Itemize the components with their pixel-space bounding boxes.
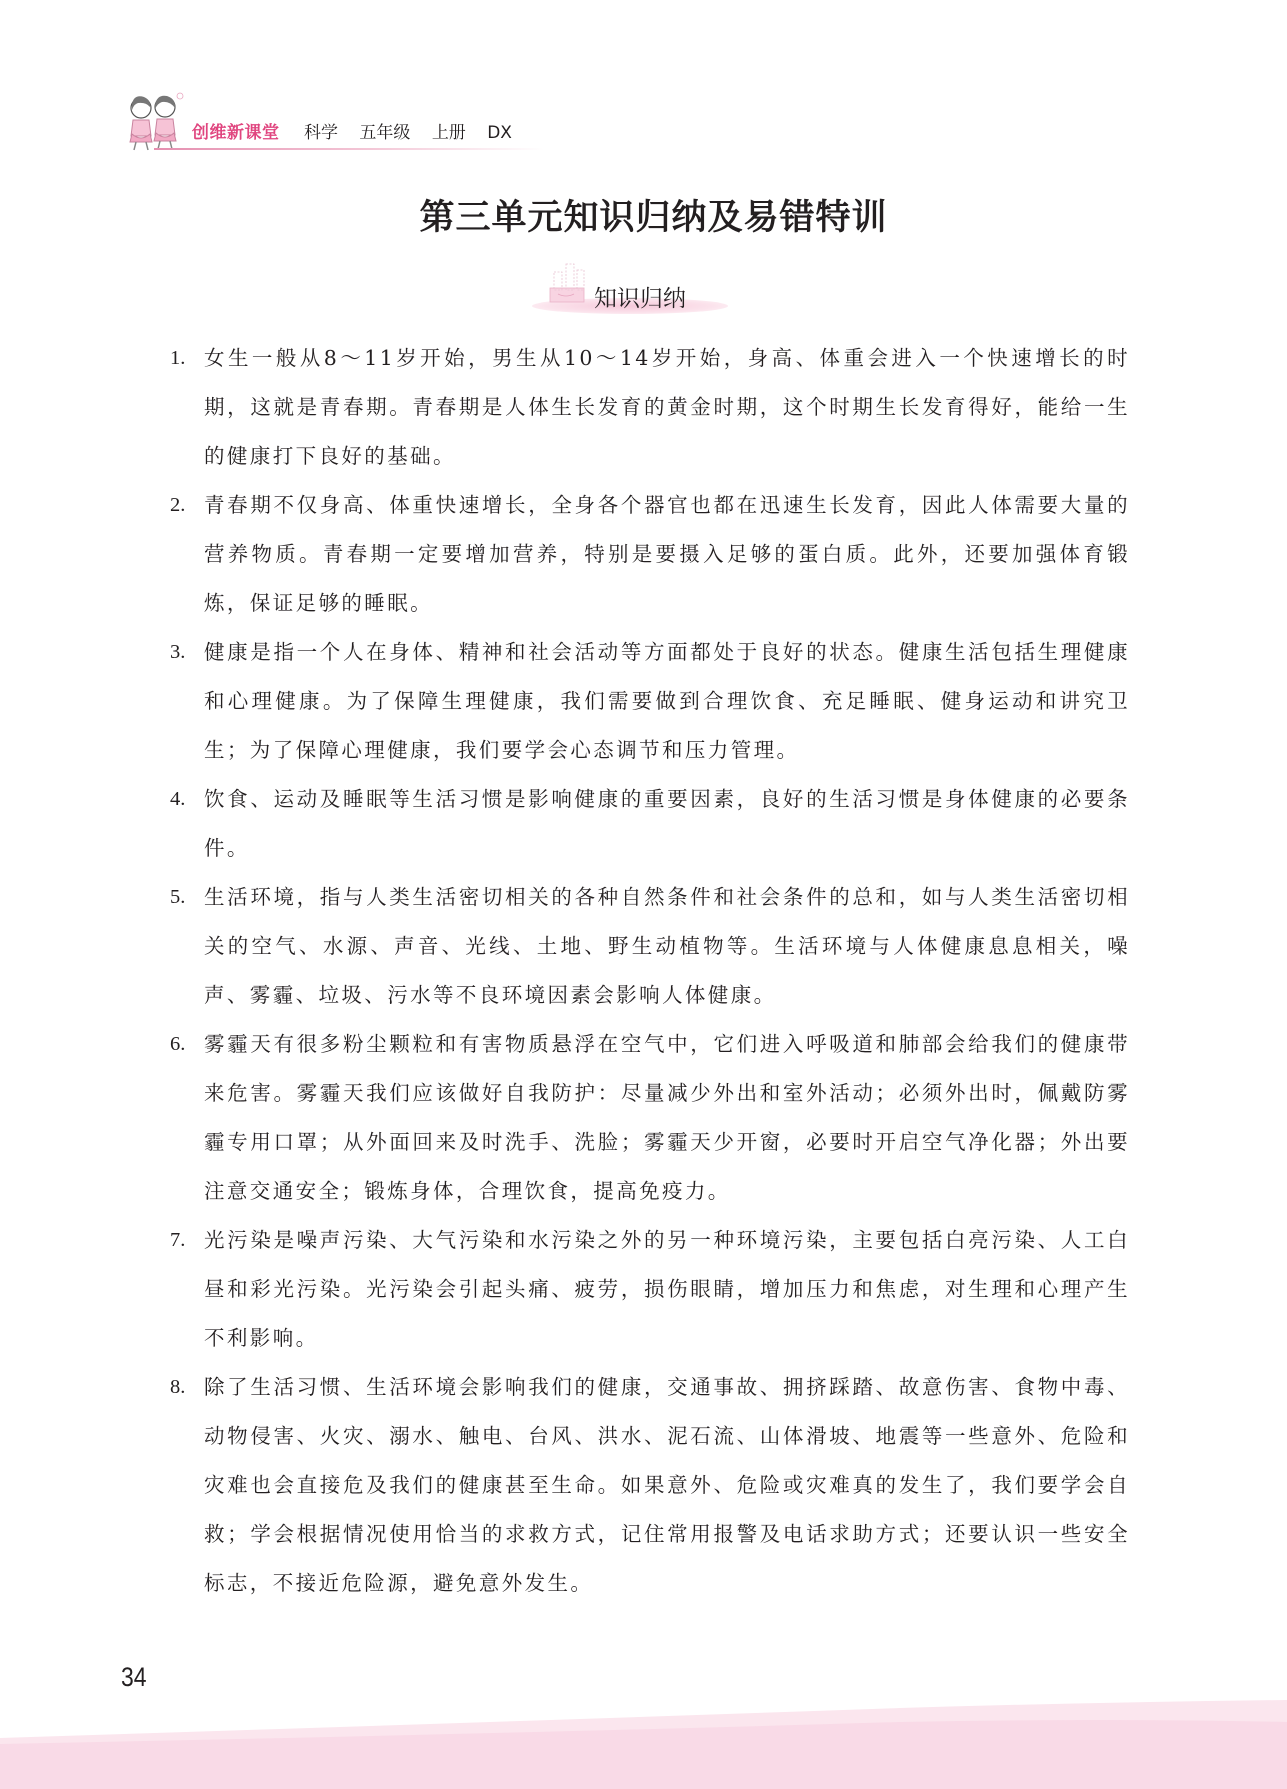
item-text: 生活环境，指与人类生活密切相关的各种自然条件和社会条件的总和，如与人类生活密切相… xyxy=(204,885,1130,1007)
two-students-mascot-icon xyxy=(124,90,184,154)
item-text: 光污染是噪声污染、大气污染和水污染之外的另一种环境污染，主要包括白亮污染、人工白… xyxy=(204,1228,1130,1350)
page-number: 34 xyxy=(121,1662,147,1693)
section-label: 知识归纳 xyxy=(594,280,686,313)
castle-decoration-icon xyxy=(546,258,590,306)
item-number: 2. xyxy=(170,481,185,530)
item-text: 健康是指一个人在身体、精神和社会活动等方面都处于良好的状态。健康生活包括生理健康… xyxy=(204,640,1130,762)
volume-label: 上册 xyxy=(432,123,466,143)
item-text: 除了生活习惯、生活环境会影响我们的健康，交通事故、拥挤踩踏、故意伤害、食物中毒、… xyxy=(204,1375,1130,1595)
section-heading: 知识归纳 xyxy=(530,258,730,316)
item-text: 雾霾天有很多粉尘颗粒和有害物质悬浮在空气中，它们进入呼吸道和肺部会给我们的健康带… xyxy=(204,1032,1130,1203)
edition-label: DX xyxy=(487,123,512,143)
page-title: 第三单元知识归纳及易错特训 xyxy=(0,190,1287,240)
list-item: 5. 生活环境，指与人类生活密切相关的各种自然条件和社会条件的总和，如与人类生活… xyxy=(170,873,1130,1020)
subject-label: 科学 xyxy=(304,123,338,143)
item-number: 6. xyxy=(170,1020,185,1069)
list-item: 8. 除了生活习惯、生活环境会影响我们的健康，交通事故、拥挤踩踏、故意伤害、食物… xyxy=(170,1363,1130,1608)
list-item: 6. 雾霾天有很多粉尘颗粒和有害物质悬浮在空气中，它们进入呼吸道和肺部会给我们的… xyxy=(170,1020,1130,1216)
list-item: 7. 光污染是噪声污染、大气污染和水污染之外的另一种环境污染，主要包括白亮污染、… xyxy=(170,1216,1130,1363)
page-header: 创维新课堂 科学 五年级 上册 DX xyxy=(118,86,538,156)
item-number: 1. xyxy=(170,334,185,383)
item-text: 青春期不仅身高、体重快速增长，全身各个器官也都在迅速生长发育，因此人体需要大量的… xyxy=(204,493,1130,615)
list-item: 3. 健康是指一个人在身体、精神和社会活动等方面都处于良好的状态。健康生活包括生… xyxy=(170,628,1130,775)
brand-name: 创维新课堂 xyxy=(192,118,280,143)
item-number: 7. xyxy=(170,1216,185,1265)
footer-decoration xyxy=(0,1700,1287,1789)
list-item: 4. 饮食、运动及睡眠等生活习惯是影响健康的重要因素，良好的生活习惯是身体健康的… xyxy=(170,775,1130,873)
item-text: 女生一般从8～11岁开始，男生从10～14岁开始，身高、体重会进入一个快速增长的… xyxy=(204,346,1130,468)
item-number: 8. xyxy=(170,1363,185,1412)
item-number: 5. xyxy=(170,873,185,922)
book-info: 科学 五年级 上册 DX xyxy=(304,118,522,143)
header-underline xyxy=(154,148,544,150)
knowledge-list: 1. 女生一般从8～11岁开始，男生从10～14岁开始，身高、体重会进入一个快速… xyxy=(170,334,1130,1608)
item-number: 3. xyxy=(170,628,185,677)
grade-label: 五年级 xyxy=(359,123,410,143)
item-number: 4. xyxy=(170,775,185,824)
item-text: 饮食、运动及睡眠等生活习惯是影响健康的重要因素，良好的生活习惯是身体健康的必要条… xyxy=(204,787,1130,860)
list-item: 1. 女生一般从8～11岁开始，男生从10～14岁开始，身高、体重会进入一个快速… xyxy=(170,334,1130,481)
list-item: 2. 青春期不仅身高、体重快速增长，全身各个器官也都在迅速生长发育，因此人体需要… xyxy=(170,481,1130,628)
